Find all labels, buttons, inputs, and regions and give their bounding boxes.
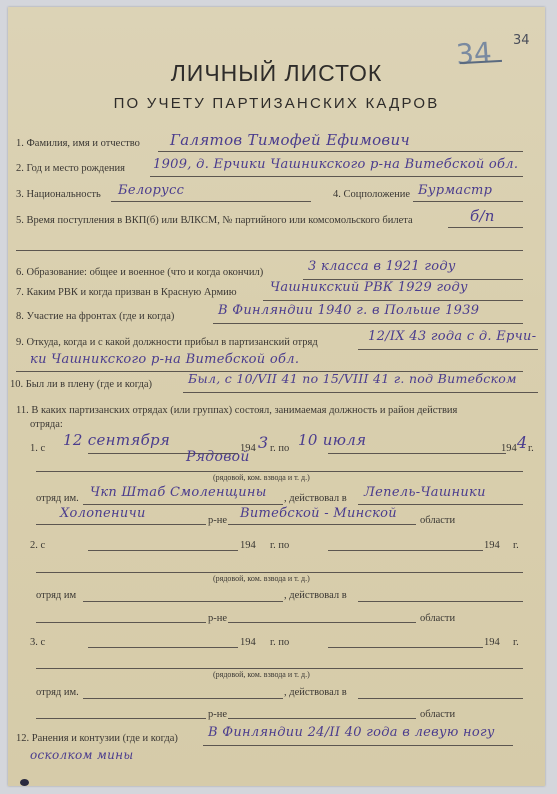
entry-3-region-label: области xyxy=(420,709,455,720)
entry-3-acted-label: , действовал в xyxy=(284,687,347,698)
entry-1-year-suffix: г. xyxy=(528,443,534,454)
entry-1-from-year-digit: 3 xyxy=(258,433,268,452)
entry-1-number: 1. с xyxy=(30,443,45,454)
entry-3-to-year-prefix: 194 xyxy=(484,637,500,648)
entry-1-position-hint: (рядовой, ком. взвода и т. д.) xyxy=(213,473,310,482)
entry-1-to-year-prefix: 194 xyxy=(501,443,517,454)
entry-1-acted-label: , действовал в xyxy=(284,493,347,504)
entry-1-otryad-label: отряд им. xyxy=(36,493,79,504)
entry-2-acted-label: , действовал в xyxy=(284,590,347,601)
entry-1-region: Витебской - Минской xyxy=(240,506,397,521)
field-10-value: Был, с 10/VII 41 по 15/VIII 41 г. под Ви… xyxy=(188,371,517,386)
entry-1-district-label: р-не xyxy=(208,515,227,526)
field-11-label: 11. В каких партизанских отрядах (или гр… xyxy=(16,405,457,416)
entry-3-from-year-prefix: 194 xyxy=(240,637,256,648)
entry-1-region-label: области xyxy=(420,515,455,526)
entry-3-district-label: р-не xyxy=(208,709,227,720)
field-9-label: 9. Откуда, когда и с какой должности при… xyxy=(16,337,318,348)
ink-stain xyxy=(20,779,29,786)
entry-1-to-year-digit: 4 xyxy=(517,433,527,452)
entry-2-number: 2. с xyxy=(30,540,45,551)
field-7-label: 7. Каким РВК и когда призван в Красную А… xyxy=(16,287,237,298)
field-9-value-continued: ки Чашникского р-на Витебской обл. xyxy=(30,352,299,367)
field-1-label: 1. Фамилия, имя и отчество xyxy=(16,138,140,149)
field-9-value: 12/IX 43 года с д. Ерчи- xyxy=(368,329,536,344)
field-2-value: 1909, д. Ерчики Чашникского р-на Витебск… xyxy=(153,157,518,172)
entry-1-to-label: г. по xyxy=(270,443,289,454)
entry-3-number: 3. с xyxy=(30,637,45,648)
entry-1-from-date: 12 сентября xyxy=(63,431,170,449)
entry-1-district: Холопеничи xyxy=(60,506,146,521)
entry-1-to-date: 10 июля xyxy=(298,431,366,449)
field-3-label: 3. Национальность xyxy=(16,189,101,200)
entry-2-from-year-prefix: 194 xyxy=(240,540,256,551)
field-11-label-continued: отряда: xyxy=(30,419,63,430)
field-2-label: 2. Год и место рождения xyxy=(16,163,125,174)
entry-2-year-suffix: г. xyxy=(513,540,519,551)
entry-2-position-hint: (рядовой, ком. взвода и т. д.) xyxy=(213,574,310,583)
entry-2-district-label: р-не xyxy=(208,613,227,624)
field-3-value: Белорусс xyxy=(118,183,184,198)
field-7-value: Чашникский РВК 1929 году xyxy=(270,280,468,295)
field-12-value: В Финляндии 24/II 40 года в левую ногу xyxy=(208,725,495,740)
entry-2-to-label: г. по xyxy=(270,540,289,551)
document-title: ЛИЧНЫЙ ЛИСТОК xyxy=(8,60,545,87)
field-8-label: 8. Участие на фронтах (где и когда) xyxy=(16,311,174,322)
entry-2-to-year-prefix: 194 xyxy=(484,540,500,551)
entry-2-otryad-label: отряд им xyxy=(36,590,76,601)
field-12-value-continued: осколком мины xyxy=(30,748,133,762)
entry-1-position: Рядовой xyxy=(186,449,250,465)
field-4-value: Бурмастр xyxy=(418,183,492,198)
entry-1-otryad: Чкп Штаб Смоленщины xyxy=(90,485,267,500)
entry-2-region-label: области xyxy=(420,613,455,624)
field-6-label: 6. Образование: общее и военное (что и к… xyxy=(16,267,263,278)
archive-number-corner: 34 xyxy=(513,33,530,48)
field-1-value: Галятов Тимофей Ефимович xyxy=(170,131,410,149)
entry-1-acted-in: Лепель-Чашники xyxy=(364,485,486,500)
field-5-label: 5. Время поступления в ВКП(б) или ВЛКСМ,… xyxy=(16,215,413,226)
entry-3-year-suffix: г. xyxy=(513,637,519,648)
field-4-label: 4. Соцположение xyxy=(333,189,410,200)
field-10-label: 10. Был ли в плену (где и когда) xyxy=(10,379,152,390)
document-subtitle: ПО УЧЕТУ ПАРТИЗАНСКИХ КАДРОВ xyxy=(8,95,545,112)
entry-3-to-label: г. по xyxy=(270,637,289,648)
personal-record-sheet: 34 34 ЛИЧНЫЙ ЛИСТОК ПО УЧЕТУ ПАРТИЗАНСКИ… xyxy=(8,7,545,786)
field-8-value: В Финляндии 1940 г. в Польше 1939 xyxy=(218,303,479,318)
entry-3-otryad-label: отряд им. xyxy=(36,687,79,698)
field-5-value: б/п xyxy=(470,207,495,225)
field-6-value: 3 класса в 1921 году xyxy=(308,259,456,274)
entry-3-position-hint: (рядовой, ком. взвода и т. д.) xyxy=(213,670,310,679)
field-12-label: 12. Ранения и контузии (где и когда) xyxy=(16,733,178,744)
